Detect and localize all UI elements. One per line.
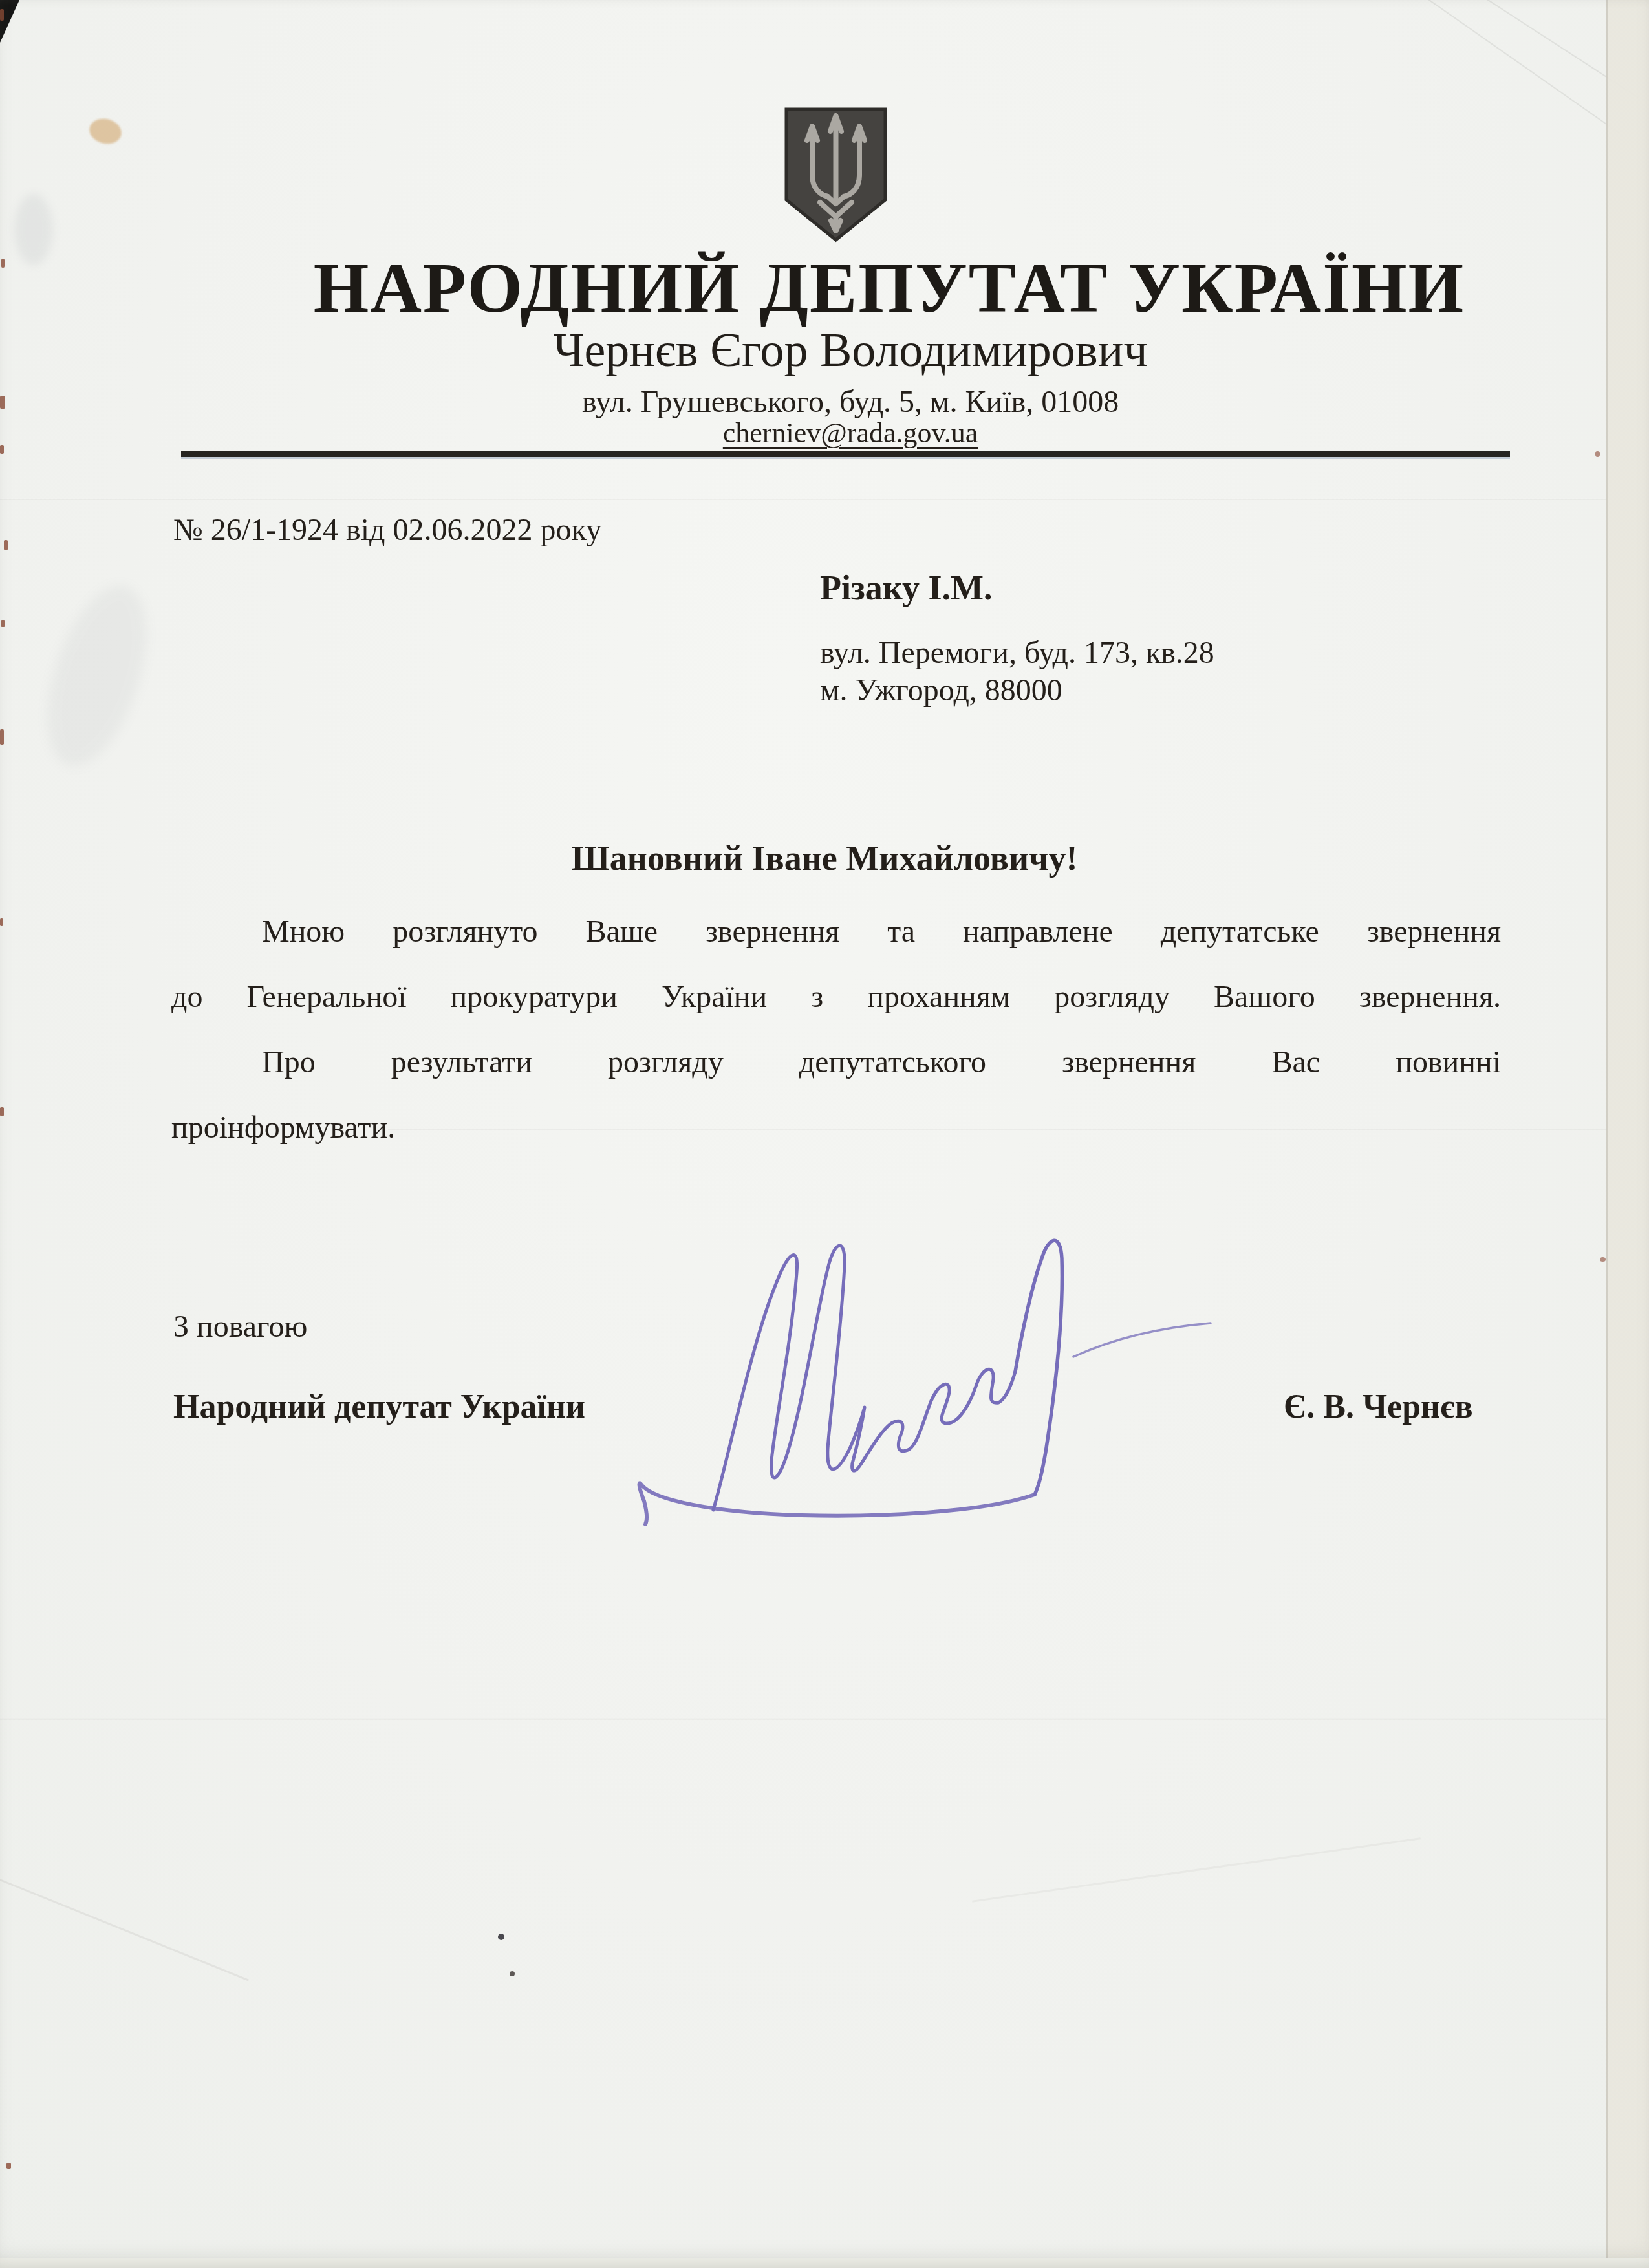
paper-smudge (14, 194, 53, 265)
recipient-address-line2: м. Ужгород, 88000 (820, 675, 1062, 706)
ukrainian-trident-emblem-icon (781, 105, 890, 244)
closing-regards: З повагою (173, 1312, 307, 1343)
scanner-corner-artifact (0, 0, 19, 43)
fold-crease (0, 1875, 249, 1982)
handwritten-signature-ink-icon (614, 1216, 1255, 1559)
edge-speck (1, 259, 5, 268)
letterhead-deputy-name: Чернєв Єгор Володимирович (0, 327, 1649, 374)
closing-signer-name: Є. В. Чернєв (1284, 1390, 1473, 1424)
body-line-1: Мною розглянуто Ваше звернення та направ… (171, 899, 1501, 964)
letterhead-email-text: cherniev@rada.gov.ua (723, 417, 978, 449)
edge-speck (0, 396, 5, 409)
edge-speck (1595, 451, 1600, 457)
edge-speck (1, 620, 5, 627)
reference-number-line: № 26/1-1924 від 02.06.2022 року (173, 515, 601, 546)
letterhead-title: НАРОДНИЙ ДЕПУТАТ УКРАЇНИ (0, 252, 1649, 323)
paper-speck (510, 1971, 515, 1976)
body-line-3: Про результати розгляду депутатського зв… (171, 1030, 1501, 1095)
scanner-bottom-edge (0, 2258, 1649, 2268)
edge-speck (0, 9, 4, 21)
edge-speck (0, 1107, 4, 1116)
scanned-letter-page: НАРОДНИЙ ДЕПУТАТ УКРАЇНИ Чернєв Єгор Вол… (0, 0, 1649, 2268)
recipient-address-line1: вул. Перемоги, буд. 173, кв.28 (820, 638, 1214, 669)
paper-stain (87, 116, 124, 147)
body-line-4: проінформувати. (171, 1095, 1501, 1160)
closing-position-title: Народний депутат України (173, 1390, 585, 1424)
letter-body: Мною розглянуто Ваше звернення та направ… (171, 899, 1501, 1160)
letterhead-email: cherniev@rada.gov.ua (0, 419, 1649, 448)
edge-speck (0, 445, 4, 454)
fold-crease (972, 1837, 1421, 1902)
edge-speck (0, 729, 4, 745)
fold-crease (388, 1129, 1608, 1130)
fold-crease (0, 498, 1608, 500)
paper-edge-strip (1606, 0, 1649, 2268)
edge-speck (0, 918, 3, 926)
letterhead-divider-rule (181, 451, 1510, 457)
edge-speck (4, 540, 8, 550)
body-line-2: до Генеральної прокуратури України з про… (171, 964, 1501, 1030)
paper-speck (498, 1934, 504, 1940)
recipient-name: Різаку І.М. (820, 570, 993, 605)
fold-crease (1407, 0, 1620, 134)
edge-speck (6, 2163, 11, 2169)
fold-crease (0, 1718, 1608, 1720)
salutation-line: Шановний Іване Михайловичу! (0, 841, 1649, 876)
letterhead-address: вул. Грушевського, буд. 5, м. Київ, 0100… (0, 387, 1649, 418)
edge-speck (1600, 1257, 1606, 1262)
paper-smudge (28, 574, 166, 778)
